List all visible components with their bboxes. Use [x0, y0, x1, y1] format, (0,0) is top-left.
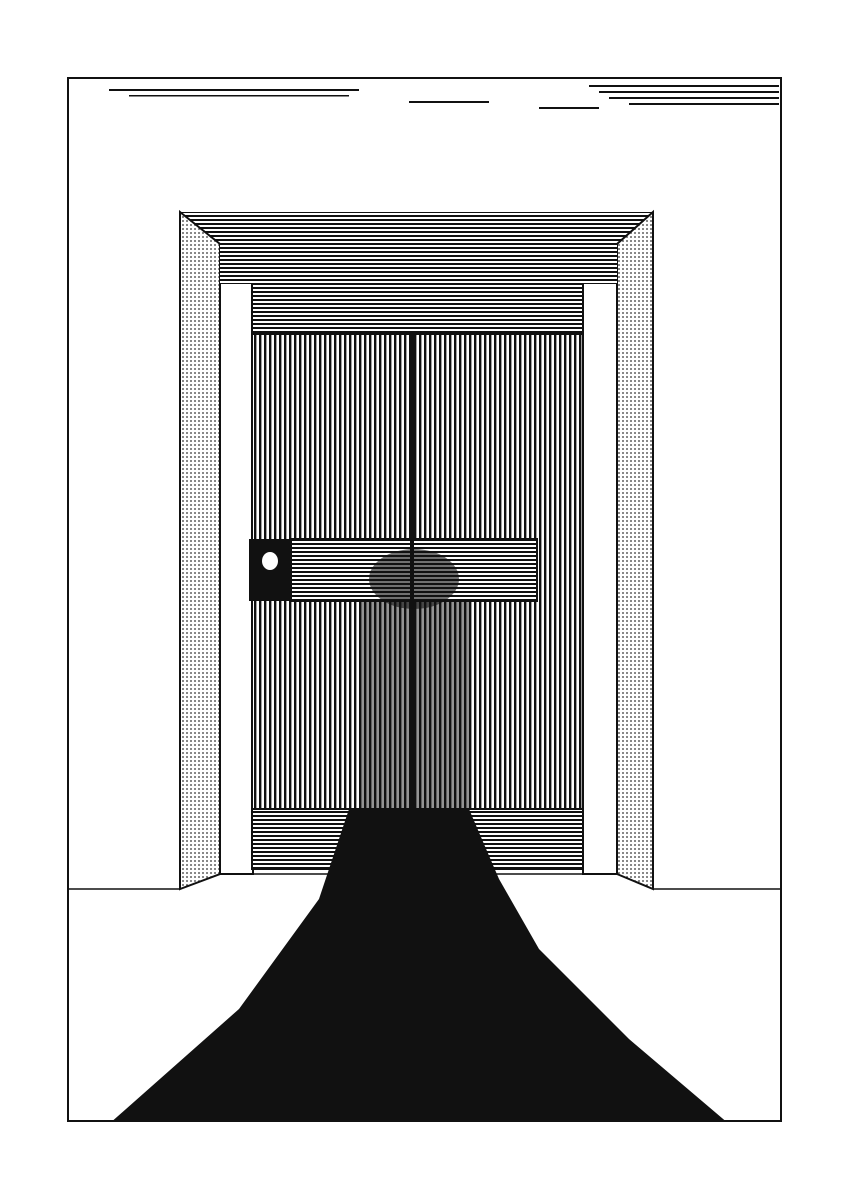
manga-panel	[67, 77, 782, 1122]
panel-illustration	[69, 79, 782, 1122]
wall-cracks	[109, 85, 779, 109]
door-lock	[249, 539, 291, 601]
